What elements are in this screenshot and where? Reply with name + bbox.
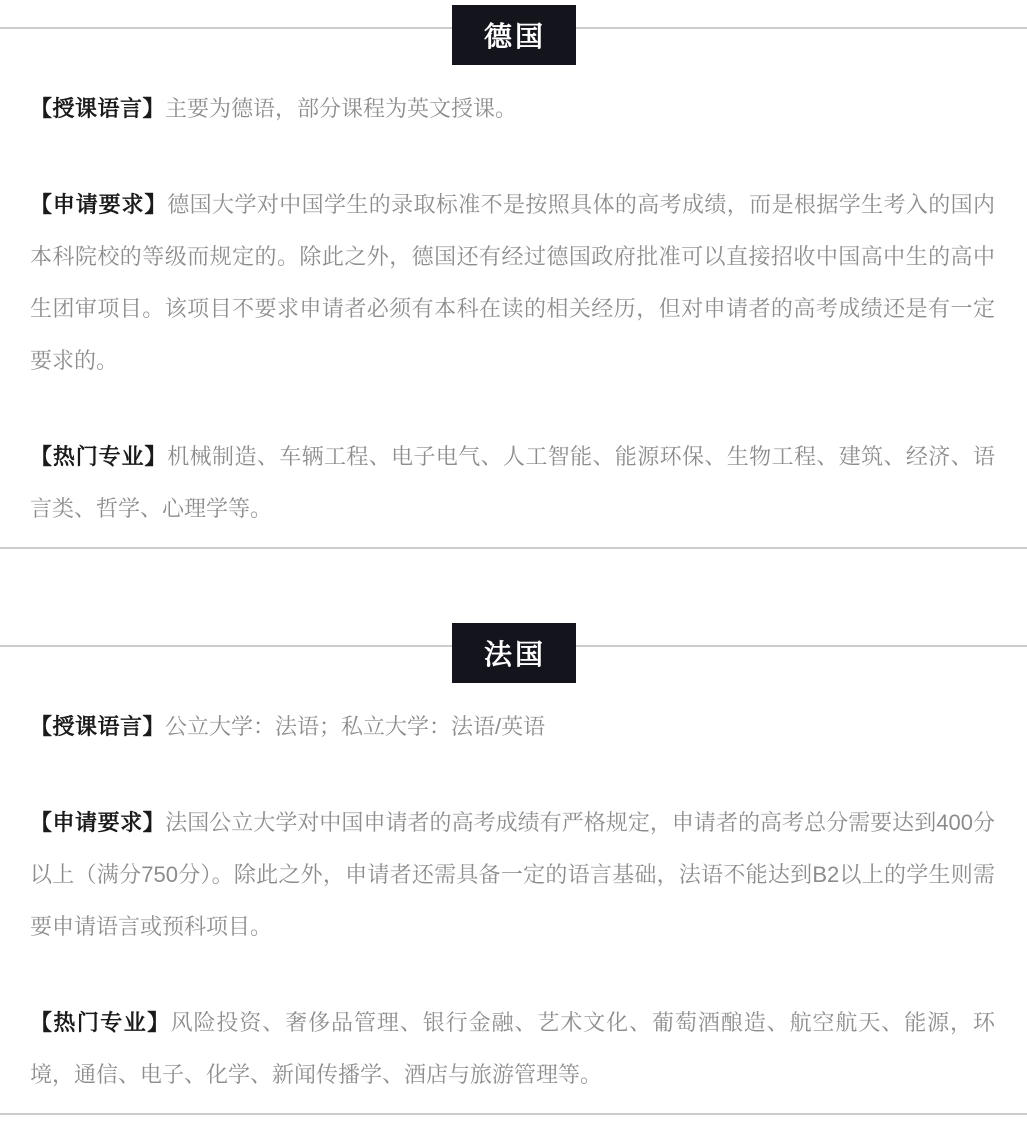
info-label-popular-majors: 【热门专业】 xyxy=(30,444,167,469)
section-germany: 德国 【授课语言】主要为德语，部分课程为英文授课。 【申请要求】德国大学对中国学… xyxy=(0,27,1027,549)
info-label-application-requirements: 【申请要求】 xyxy=(30,192,167,217)
page: 德国 【授课语言】主要为德语，部分课程为英文授课。 【申请要求】德国大学对中国学… xyxy=(0,0,1027,1115)
info-row-teaching-language: 【授课语言】主要为德语，部分课程为英文授课。 xyxy=(30,83,995,135)
info-text-application-requirements: 法国公立大学对中国申请者的高考成绩有严格规定，申请者的高考总分需要达到400分以… xyxy=(30,810,995,939)
info-row-application-requirements: 【申请要求】法国公立大学对中国申请者的高考成绩有严格规定，申请者的高考总分需要达… xyxy=(30,797,995,953)
country-title-france: 法国 xyxy=(484,633,546,673)
country-title-badge-germany: 德国 xyxy=(452,5,576,65)
country-title-germany: 德国 xyxy=(484,15,546,55)
info-label-popular-majors: 【热门专业】 xyxy=(30,1010,171,1035)
info-text-popular-majors: 机械制造、车辆工程、电子电气、人工智能、能源环保、生物工程、建筑、经济、语言类、… xyxy=(30,444,995,521)
info-text-teaching-language: 公立大学：法语；私立大学：法语/英语 xyxy=(165,714,545,739)
country-title-badge-france: 法国 xyxy=(452,623,576,683)
info-label-teaching-language: 【授课语言】 xyxy=(30,96,165,121)
info-row-teaching-language: 【授课语言】公立大学：法语；私立大学：法语/英语 xyxy=(30,701,995,753)
section-content-germany: 【授课语言】主要为德语，部分课程为英文授课。 【申请要求】德国大学对中国学生的录… xyxy=(0,29,1027,547)
info-row-popular-majors: 【热门专业】风险投资、奢侈品管理、银行金融、艺术文化、葡萄酒酿造、航空航天、能源… xyxy=(30,997,995,1101)
info-text-popular-majors: 风险投资、奢侈品管理、银行金融、艺术文化、葡萄酒酿造、航空航天、能源，环境，通信… xyxy=(30,1010,995,1087)
info-text-application-requirements: 德国大学对中国学生的录取标准不是按照具体的高考成绩，而是根据学生考入的国内本科院… xyxy=(30,192,995,373)
info-text-teaching-language: 主要为德语，部分课程为英文授课。 xyxy=(165,96,517,121)
info-row-application-requirements: 【申请要求】德国大学对中国学生的录取标准不是按照具体的高考成绩，而是根据学生考入… xyxy=(30,179,995,387)
info-row-popular-majors: 【热门专业】机械制造、车辆工程、电子电气、人工智能、能源环保、生物工程、建筑、经… xyxy=(30,431,995,535)
section-content-france: 【授课语言】公立大学：法语；私立大学：法语/英语 【申请要求】法国公立大学对中国… xyxy=(0,647,1027,1113)
info-label-teaching-language: 【授课语言】 xyxy=(30,714,165,739)
info-label-application-requirements: 【申请要求】 xyxy=(30,810,165,835)
section-france: 法国 【授课语言】公立大学：法语；私立大学：法语/英语 【申请要求】法国公立大学… xyxy=(0,645,1027,1115)
